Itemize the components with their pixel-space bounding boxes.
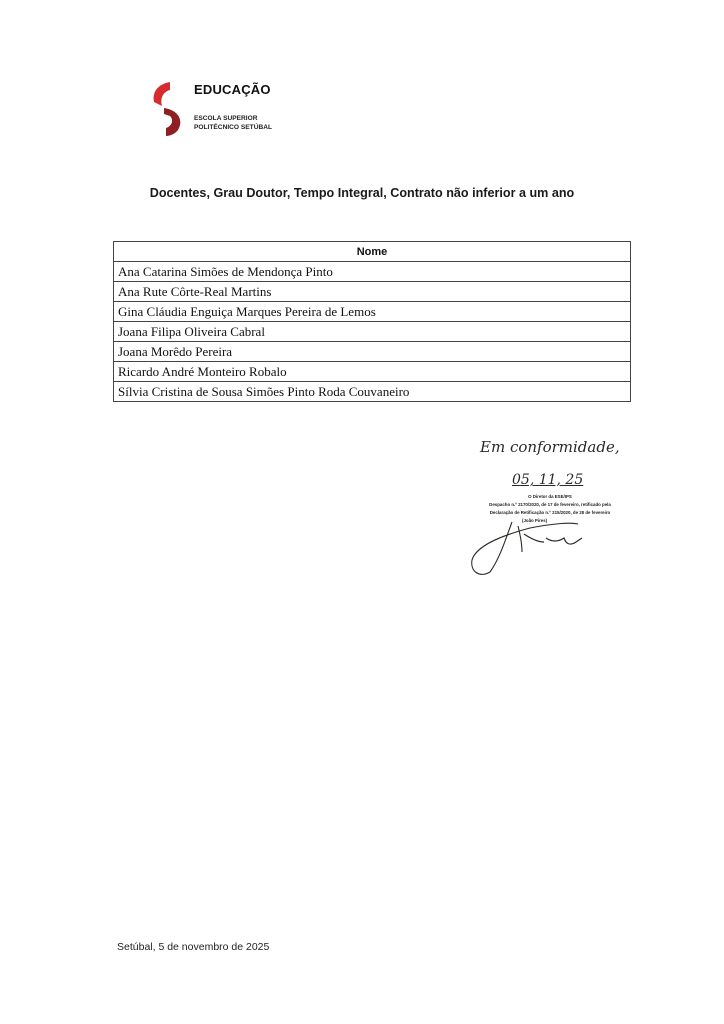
name-cell: Gina Cláudia Enguiça Marques Pereira de … — [114, 302, 631, 322]
table-row: Joana Morêdo Pereira — [114, 342, 631, 362]
table-header-row: Nome — [114, 242, 631, 262]
handwritten-signature-icon — [460, 438, 640, 578]
name-cell: Ricardo André Monteiro Robalo — [114, 362, 631, 382]
ips-logo-mark-icon — [150, 78, 186, 136]
table-row: Ricardo André Monteiro Robalo — [114, 362, 631, 382]
table-row: Sílvia Cristina de Sousa Simões Pinto Ro… — [114, 382, 631, 402]
table-row: Ana Rute Côrte-Real Martins — [114, 282, 631, 302]
table-row: Joana Filipa Oliveira Cabral — [114, 322, 631, 342]
table-row: Ana Catarina Simões de Mendonça Pinto — [114, 262, 631, 282]
approval-block: Em conformidade, 05, 11, 25 O Diretor da… — [460, 438, 640, 578]
name-cell: Sílvia Cristina de Sousa Simões Pinto Ro… — [114, 382, 631, 402]
table-row: Gina Cláudia Enguiça Marques Pereira de … — [114, 302, 631, 322]
names-table: Nome Ana Catarina Simões de Mendonça Pin… — [113, 241, 631, 402]
name-cell: Joana Filipa Oliveira Cabral — [114, 322, 631, 342]
place-and-date: Setúbal, 5 de novembro de 2025 — [117, 941, 269, 953]
name-cell: Ana Rute Côrte-Real Martins — [114, 282, 631, 302]
logo-subtitle-line1: ESCOLA SUPERIOR — [194, 114, 272, 123]
logo-subtitle: ESCOLA SUPERIOR POLITÉCNICO SETÚBAL — [194, 114, 272, 132]
logo-subtitle-line2: POLITÉCNICO SETÚBAL — [194, 123, 272, 132]
column-header-nome: Nome — [114, 242, 631, 262]
name-cell: Ana Catarina Simões de Mendonça Pinto — [114, 262, 631, 282]
document-title: Docentes, Grau Doutor, Tempo Integral, C… — [0, 186, 724, 200]
name-cell: Joana Morêdo Pereira — [114, 342, 631, 362]
logo-title: EDUCAÇÃO — [194, 82, 271, 97]
